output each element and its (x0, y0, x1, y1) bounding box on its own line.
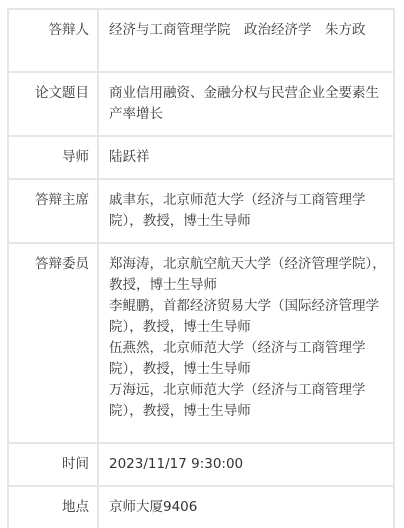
label-time: 时间 (8, 443, 98, 486)
value-chair: 戚聿东，北京师范大学（经济与工商管理学院），教授，博士生导师 (98, 179, 394, 243)
value-advisor: 陆跃祥 (98, 136, 394, 179)
row-location: 地点 京师大厦9406 (8, 486, 394, 528)
row-time: 时间 2023/11/17 9:30:00 (8, 443, 394, 486)
defense-info-table: 答辩人 经济与工商管理学院 政治经济学 朱方政 论文题目 商业信用融资、金融分权… (7, 8, 395, 528)
row-defender: 答辩人 经济与工商管理学院 政治经济学 朱方政 (8, 9, 394, 72)
committee-member: 万海远，北京师范大学（经济与工商管理学院），教授，博士生导师 (109, 380, 387, 422)
row-thesis-title: 论文题目 商业信用融资、金融分权与民营企业全要素生产率增长 (8, 72, 394, 136)
committee-member: 李鲲鹏，首都经济贸易大学（国际经济管理学院），教授，博士生导师 (109, 296, 387, 338)
label-location: 地点 (8, 486, 98, 528)
row-committee: 答辩委员 郑海涛，北京航空航天大学（经济管理学院），教授，博士生导师 李鲲鹏，首… (8, 243, 394, 443)
row-chair: 答辩主席 戚聿东，北京师范大学（经济与工商管理学院），教授，博士生导师 (8, 179, 394, 243)
label-defender: 答辩人 (8, 9, 98, 72)
value-committee: 郑海涛，北京航空航天大学（经济管理学院），教授，博士生导师 李鲲鹏，首都经济贸易… (98, 243, 394, 443)
value-location: 京师大厦9406 (98, 486, 394, 528)
value-thesis-title: 商业信用融资、金融分权与民营企业全要素生产率增长 (98, 72, 394, 136)
value-defender: 经济与工商管理学院 政治经济学 朱方政 (98, 9, 394, 72)
label-advisor: 导师 (8, 136, 98, 179)
label-chair: 答辩主席 (8, 179, 98, 243)
committee-member: 郑海涛，北京航空航天大学（经济管理学院），教授，博士生导师 (109, 254, 387, 296)
committee-member: 伍燕然，北京师范大学（经济与工商管理学院），教授，博士生导师 (109, 338, 387, 380)
value-time: 2023/11/17 9:30:00 (98, 443, 394, 486)
row-advisor: 导师 陆跃祥 (8, 136, 394, 179)
label-committee: 答辩委员 (8, 243, 98, 443)
label-thesis-title: 论文题目 (8, 72, 98, 136)
